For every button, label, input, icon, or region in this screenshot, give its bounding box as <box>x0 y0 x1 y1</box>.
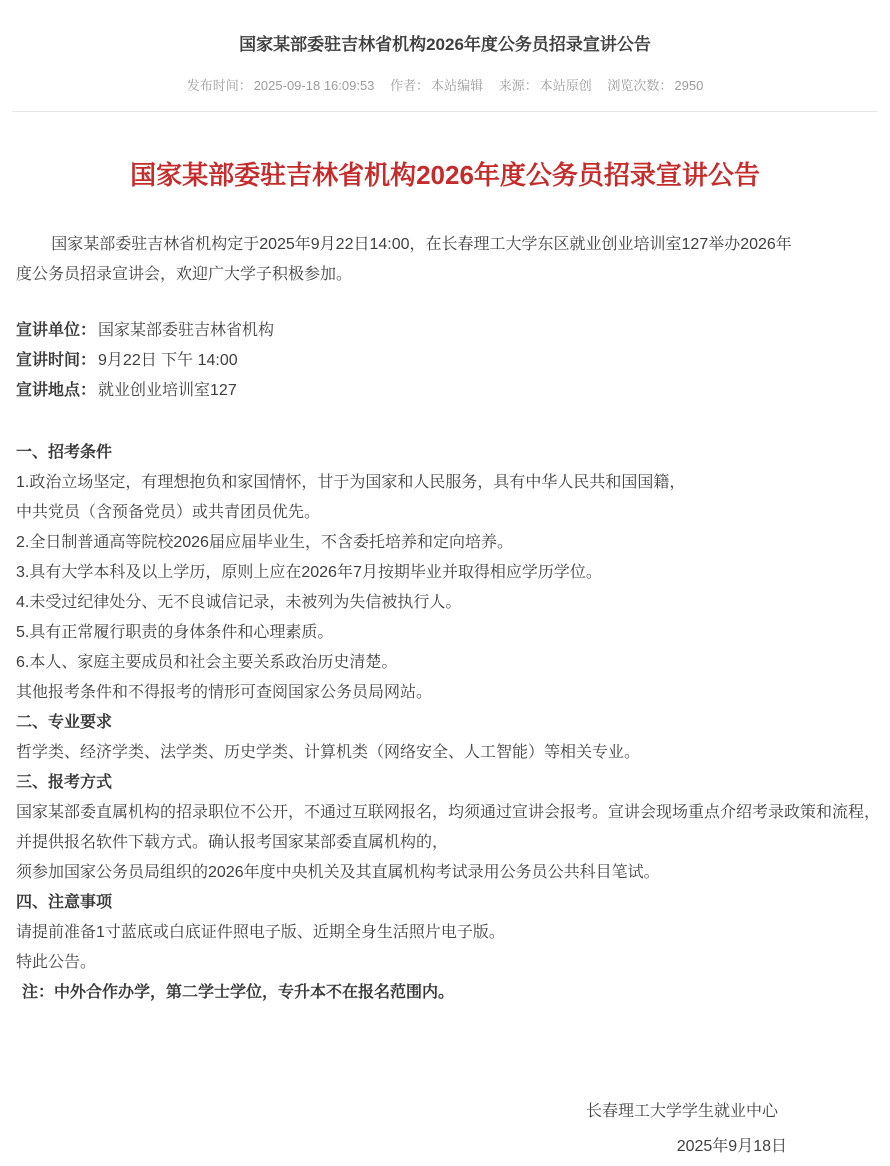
meta-view-count-value: 2950 <box>674 78 703 93</box>
page-title: 国家某部委驻吉林省机构2026年度公务员招录宣讲公告 <box>0 34 890 56</box>
section-heading: 二、专业要求 <box>16 708 874 738</box>
section-line: 3.具有大学本科及以上学历，原则上应在2026年7月按期毕业并取得相应学历学位。 <box>16 558 874 588</box>
intro-line: 度公务员招录宣讲会，欢迎广大学子积极参加。 <box>16 260 874 290</box>
meta-publish-time-label: 发布时间： <box>187 78 252 93</box>
section-line: 特此公告。 <box>16 948 874 978</box>
intro-paragraph: 国家某部委驻吉林省机构定于2025年9月22日14:00，在长春理工大学东区就业… <box>16 230 874 290</box>
info-location-label: 宣讲地点： <box>16 382 96 399</box>
meta-source: 来源：本站原创 <box>499 78 596 93</box>
section-line: 6.本人、家庭主要成员和社会主要关系政治历史清楚。 <box>16 648 874 678</box>
section-application-method: 三、报考方式 国家某部委直属机构的招录职位不公开，不通过互联网报名，均须通过宣讲… <box>16 768 874 888</box>
section-line: 请提前准备1寸蓝底或白底证件照电子版、近期全身生活照片电子版。 <box>16 918 874 948</box>
info-unit-value: 国家某部委驻吉林省机构 <box>98 322 274 339</box>
article-sections: 一、招考条件 1.政治立场坚定，有理想抱负和家国情怀，甘于为国家和人民服务，具有… <box>16 438 874 1008</box>
info-location-value: 就业创业培训室127 <box>98 382 237 399</box>
section-recruitment-conditions: 一、招考条件 1.政治立场坚定，有理想抱负和家国情怀，甘于为国家和人民服务，具有… <box>16 438 874 708</box>
signature-line: 长春理工大学学生就业中心 <box>16 1094 874 1129</box>
article-title: 国家某部委驻吉林省机构2026年度公务员招录宣讲公告 <box>16 158 874 192</box>
section-line: 须参加国家公务员局组织的2026年度中央机关及其直属机构考试录用公务员公共科目笔… <box>16 858 874 888</box>
section-line: 5.具有正常履行职责的身体条件和心理素质。 <box>16 618 874 648</box>
section-line: 4.未受过纪律处分、无不良诚信记录，未被列为失信被执行人。 <box>16 588 874 618</box>
info-row-time: 宣讲时间：9月22日 下午 14:00 <box>16 346 874 376</box>
info-time-value: 9月22日 下午 14:00 <box>98 352 238 369</box>
announcement-page: 国家某部委驻吉林省机构2026年度公务员招录宣讲公告 发布时间：2025-09-… <box>0 0 890 1166</box>
signature-block: 长春理工大学学生就业中心 2025年9月18日 <box>16 1094 874 1164</box>
section-line: 2.全日制普通高等院校2026届应届毕业生，不含委托培养和定向培养。 <box>16 528 874 558</box>
header-divider <box>12 111 878 112</box>
section-notes: 四、注意事项 请提前准备1寸蓝底或白底证件照电子版、近期全身生活照片电子版。 特… <box>16 888 874 978</box>
meta-publish-time: 发布时间：2025-09-18 16:09:53 <box>187 78 378 93</box>
section-line: 中共党员（含预备党员）或共青团员优先。 <box>16 498 874 528</box>
intro-line: 国家某部委驻吉林省机构定于2025年9月22日14:00，在长春理工大学东区就业… <box>16 230 874 260</box>
article-body: 国家某部委驻吉林省机构2026年度公务员招录宣讲公告 国家某部委驻吉林省机构定于… <box>0 158 890 1164</box>
note-line: 注：中外合作办学，第二学士学位，专升本不在报名范围内。 <box>16 978 874 1008</box>
section-line: 并提供报名软件下载方式。确认报考国家某部委直属机构的， <box>16 828 874 858</box>
info-unit-label: 宣讲单位： <box>16 322 96 339</box>
meta-view-count: 浏览次数：2950 <box>607 78 703 93</box>
info-time-label: 宣讲时间： <box>16 352 96 369</box>
section-major-requirements: 二、专业要求 哲学类、经济学类、法学类、历史学类、计算机类（网络安全、人工智能）… <box>16 708 874 768</box>
meta-view-count-label: 浏览次数： <box>607 78 672 93</box>
meta-publish-time-value: 2025-09-18 16:09:53 <box>254 78 375 93</box>
meta-author: 作者：本站编辑 <box>390 78 487 93</box>
section-line: 其他报考条件和不得报考的情形可查阅国家公务员局网站。 <box>16 678 874 708</box>
date-line: 2025年9月18日 <box>16 1129 874 1164</box>
section-line: 国家某部委直属机构的招录职位不公开，不通过互联网报名，均须通过宣讲会报考。宣讲会… <box>16 798 874 828</box>
section-heading: 一、招考条件 <box>16 438 874 468</box>
meta-author-value: 本站编辑 <box>431 78 483 93</box>
info-row-location: 宣讲地点：就业创业培训室127 <box>16 376 874 406</box>
section-line: 1.政治立场坚定，有理想抱负和家国情怀，甘于为国家和人民服务，具有中华人民共和国… <box>16 468 874 498</box>
section-heading: 三、报考方式 <box>16 768 874 798</box>
post-meta: 发布时间：2025-09-18 16:09:53 作者：本站编辑 来源：本站原创… <box>0 77 890 94</box>
page-header: 国家某部委驻吉林省机构2026年度公务员招录宣讲公告 发布时间：2025-09-… <box>0 0 890 112</box>
meta-author-label: 作者： <box>390 78 429 93</box>
section-heading: 四、注意事项 <box>16 888 874 918</box>
section-line: 哲学类、经济学类、法学类、历史学类、计算机类（网络安全、人工智能）等相关专业。 <box>16 738 874 768</box>
meta-source-value: 本站原创 <box>540 78 592 93</box>
info-row-unit: 宣讲单位：国家某部委驻吉林省机构 <box>16 316 874 346</box>
meta-source-label: 来源： <box>499 78 538 93</box>
event-info-block: 宣讲单位：国家某部委驻吉林省机构 宣讲时间：9月22日 下午 14:00 宣讲地… <box>16 316 874 406</box>
